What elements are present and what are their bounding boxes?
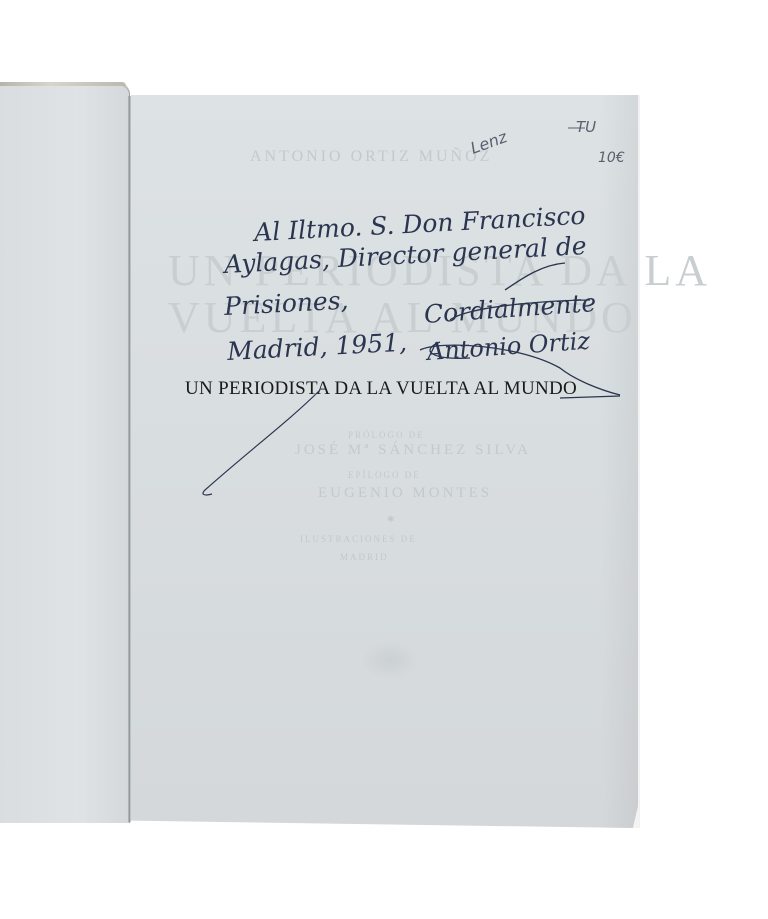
ink-flourishes xyxy=(0,0,768,919)
